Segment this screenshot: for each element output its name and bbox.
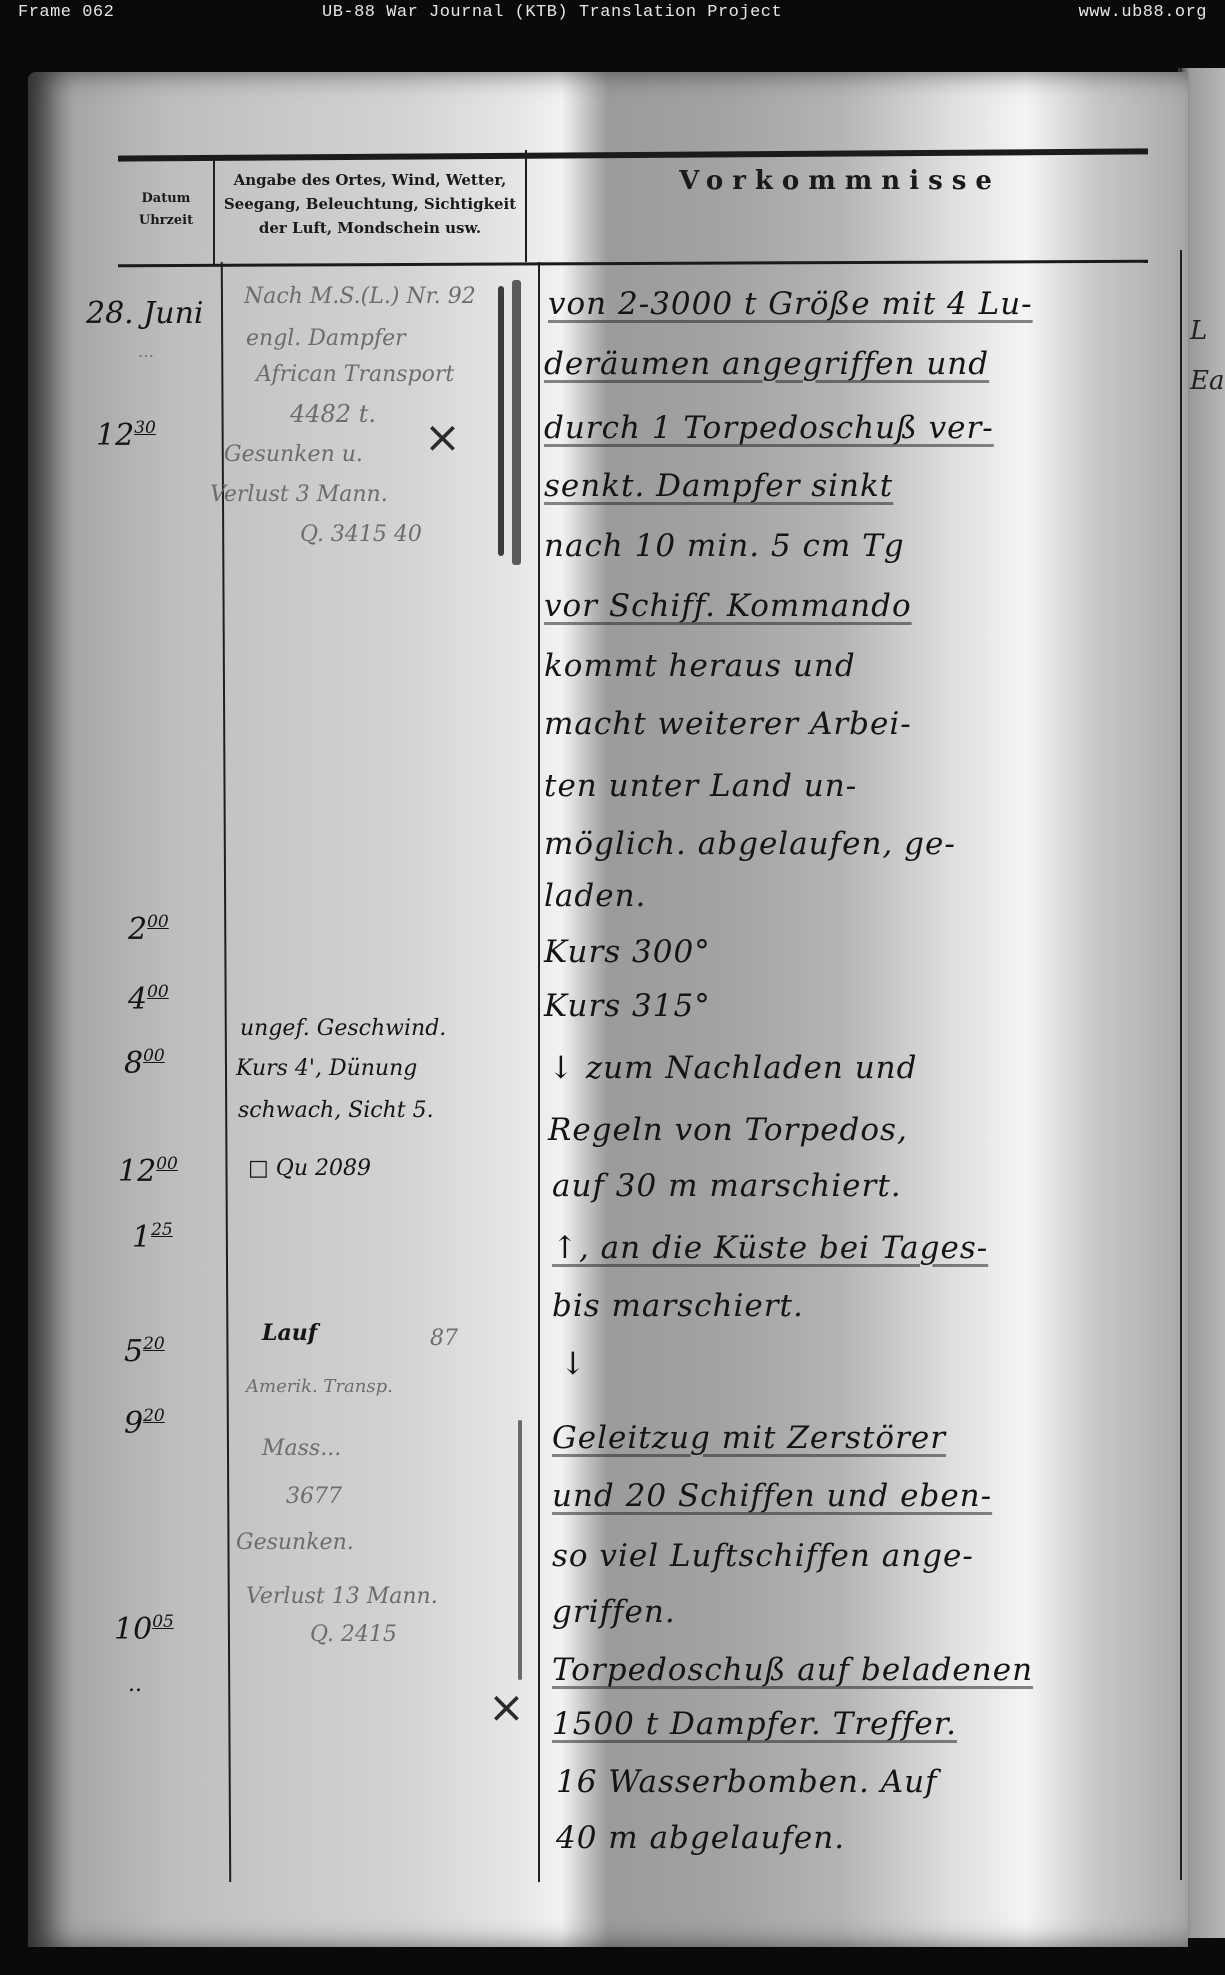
ort-note: Verlust 13 Mann. xyxy=(246,1584,438,1609)
website-link[interactable]: www.ub88.org xyxy=(1079,3,1207,22)
vorkommnisse-line: von 2-3000 t Größe mit 4 Lu- xyxy=(548,286,1033,322)
header-ort-line: der Luft, Mondschein usw. xyxy=(215,216,525,240)
vorkommnisse-line: 40 m abgelaufen. xyxy=(556,1820,845,1856)
project-title: UB-88 War Journal (KTB) Translation Proj… xyxy=(322,3,782,22)
ort-note: Verlust 3 Mann. xyxy=(210,482,388,507)
facing-page-fragment: Ea xyxy=(1190,366,1224,396)
margin-bar xyxy=(518,1420,522,1680)
column-divider-right xyxy=(1180,250,1182,1880)
vorkommnisse-line: kommt heraus und xyxy=(544,648,856,684)
vorkommnisse-line: auf 30 m marschiert. xyxy=(552,1168,902,1204)
header-uhrzeit-label: Uhrzeit xyxy=(120,210,212,232)
vorkommnisse-line: ↓ zum Nachladen und xyxy=(548,1050,918,1086)
margin-bar xyxy=(512,280,521,565)
ort-note: ungef. Geschwind. xyxy=(240,1016,446,1041)
ort-note: engl. Dampfer xyxy=(246,326,406,351)
time-entry: 800 xyxy=(124,1046,165,1081)
ort-note: Q. 2415 xyxy=(310,1622,397,1647)
ort-note: Amerik. Transp. xyxy=(246,1376,393,1397)
ort-note: Lauf xyxy=(262,1320,317,1346)
time-entry: 920 xyxy=(124,1406,165,1441)
ort-note: □ Qu 2089 xyxy=(248,1156,371,1181)
ort-note: Nach M.S.(L.) Nr. 92 xyxy=(244,284,476,309)
ort-note: 3677 xyxy=(286,1484,342,1509)
column-divider-ort xyxy=(538,262,540,1882)
ort-note: Kurs 4', Dünung xyxy=(236,1056,417,1081)
vorkommnisse-line: Geleitzug mit Zerstörer xyxy=(552,1420,946,1456)
vorkommnisse-line: Kurs 315° xyxy=(544,988,711,1024)
frame-caption-bar: Frame 062 UB-88 War Journal (KTB) Transl… xyxy=(0,0,1225,28)
vorkommnisse-line: senkt. Dampfer sinkt xyxy=(544,468,893,504)
time-entry: 520 xyxy=(124,1334,165,1369)
ort-note: schwach, Sicht 5. xyxy=(238,1098,434,1123)
vorkommnisse-line: 16 Wasserbomben. Auf xyxy=(556,1764,938,1800)
time-entry: 1200 xyxy=(118,1154,178,1189)
vorkommnisse-line: macht weiterer Arbei- xyxy=(544,706,912,742)
vorkommnisse-line: möglich. abgelaufen, ge- xyxy=(544,826,956,862)
time-entry: .. xyxy=(128,1672,142,1697)
facing-page-fragment: L xyxy=(1190,316,1207,346)
ort-note: African Transport xyxy=(256,362,454,387)
vorkommnisse-line: ↑, an die Küste bei Tages- xyxy=(552,1230,988,1266)
time-entry: 1230 xyxy=(96,418,156,453)
ort-note: Gesunken. xyxy=(236,1530,354,1555)
x-mark: × xyxy=(424,412,461,463)
vorkommnisse-line: deräumen angegriffen und xyxy=(544,346,989,382)
time-entry: 200 xyxy=(128,912,169,947)
margin-bar xyxy=(498,286,504,556)
vorkommnisse-line: so viel Luftschiffen ange- xyxy=(552,1538,974,1574)
vorkommnisse-line: bis marschiert. xyxy=(552,1288,804,1324)
vorkommnisse-line: griffen. xyxy=(552,1594,676,1630)
ort-note: 87 xyxy=(430,1326,458,1351)
header-vorkommnisse: Vorkommnisse xyxy=(530,166,1150,196)
vorkommnisse-line: nach 10 min. 5 cm Tg xyxy=(544,528,905,564)
vorkommnisse-line: und 20 Schiffen und eben- xyxy=(552,1478,992,1514)
header-divider-2 xyxy=(525,150,527,262)
vorkommnisse-line: vor Schiff. Kommando xyxy=(544,588,912,624)
ort-note: Gesunken u. xyxy=(224,442,363,467)
vorkommnisse-line: laden. xyxy=(544,878,646,914)
header-ort-wind-wetter: Angabe des Ortes, Wind, Wetter, Seegang,… xyxy=(215,168,525,240)
entry-date: 28. Juni xyxy=(86,296,204,331)
vorkommnisse-line: Kurs 300° xyxy=(544,934,711,970)
entry-date-sub: … xyxy=(138,342,154,361)
header-datum-uhrzeit: Datum Uhrzeit xyxy=(120,188,212,232)
time-entry: 400 xyxy=(128,982,169,1017)
header-datum-label: Datum xyxy=(120,188,212,210)
header-ort-line: Seegang, Beleuchtung, Sichtigkeit xyxy=(215,192,525,216)
x-mark: × xyxy=(488,1682,525,1733)
frame-number: Frame 062 xyxy=(18,3,114,22)
ort-note: Mass... xyxy=(262,1436,341,1461)
ort-note: 4482 t. xyxy=(290,400,376,428)
vorkommnisse-line: Regeln von Torpedos, xyxy=(548,1112,908,1148)
vorkommnisse-line: durch 1 Torpedoschuß ver- xyxy=(544,410,994,446)
ort-note: Q. 3415 40 xyxy=(300,522,422,547)
time-entry: 125 xyxy=(132,1220,173,1255)
time-entry: 1005 xyxy=(114,1612,174,1647)
vorkommnisse-line: 1500 t Dampfer. Treffer. xyxy=(552,1706,957,1742)
vorkommnisse-line: ↓ xyxy=(560,1346,587,1382)
vorkommnisse-line: Torpedoschuß auf beladenen xyxy=(552,1652,1033,1688)
header-ort-line: Angabe des Ortes, Wind, Wetter, xyxy=(215,168,525,192)
vorkommnisse-line: ten unter Land un- xyxy=(544,768,857,804)
